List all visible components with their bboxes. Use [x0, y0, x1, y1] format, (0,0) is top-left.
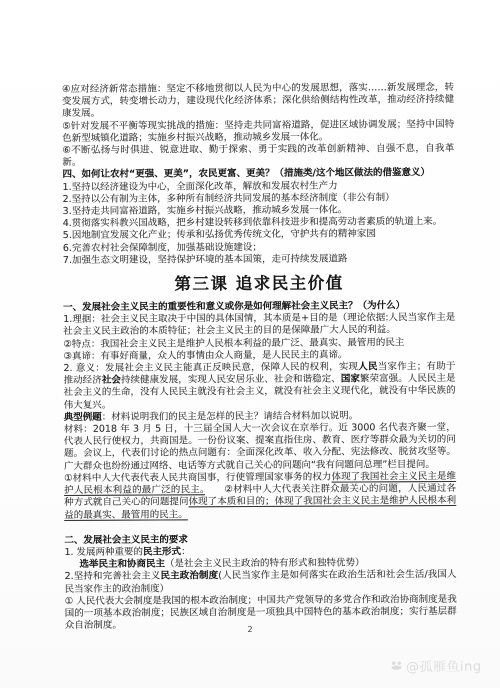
text-segment: 国家 [341, 374, 360, 385]
document-page: ④应对经济新常态措施：坚定不移地贯彻以人民为中心的发展思想，落实……新发展理念，… [0, 0, 500, 688]
text-segment: ①材料中人大代表代表人民共商国事，行使管理国家事务的权力 [64, 471, 331, 483]
numbered-point-6: ⑥不断弘扬与时俱进、锐意进取、勤于探索、勇于实践的改革创新精神、自强不息，自我革… [62, 143, 454, 169]
answer-paragraph: ①材料中人大代表代表人民共商国事，行使管理国家事务的权力体现了我国社会主义民主是… [64, 471, 456, 522]
lesson-title: 第三课 追求民主价值 [63, 273, 455, 295]
text-segment: 社会 [102, 375, 121, 386]
numbered-point-5: ⑤针对发展不平衡等现实挑战的措施：坚持走共同富裕道路，促进区域协调发展；坚持中国… [62, 119, 454, 145]
list-item-7: 7.加强生态文明建设，坚持保护环境的基本国策，走可持续发展道路 [63, 253, 455, 267]
text-segment: 2.坚持以公有制为主体，多种所有制经济共同发展的基本经济制度（非公有制） [63, 192, 395, 205]
text-segment: ⑤针对发展不平衡等现实挑战的措施：坚持走共同富裕道路，促进区域协调发展；坚持中国… [62, 119, 454, 144]
text-segment: 2.坚持和完善社会主义 [65, 571, 161, 583]
text-segment: 选举民主和协商民主 [79, 559, 165, 570]
text-segment: 一、发展社会主义民主的重要性和意义或你是如何理解社会主义民主？（为什么） [63, 300, 405, 313]
text-segment: 民主形式 [143, 546, 181, 557]
text-segment: 持续健康发展，实现人民安居乐业、社会和谐稳定、 [121, 374, 341, 386]
text-segment: 1. 发展两种重要的 [64, 546, 143, 557]
text-segment: 第三课 追求民主价值 [174, 274, 343, 294]
text-segment: ③真谛：有事好商量，众人的事情由众人商量，是人民民主的真谛。 [63, 349, 347, 361]
page-number: 2 [0, 625, 500, 634]
watermark-logo-icon [390, 659, 403, 672]
text-segment: 1.理据：社会主义民主取决于中国的具体国情，其本质是+目的是（理论依据:人民当家… [63, 312, 455, 337]
section-heading-4: 四、如何让农村“更强、更美”，农民更富、更美？（措施类/这个地区做法的借鉴意义） [62, 167, 454, 181]
paragraph-yiyi: 2. 意义：发展社会主义民主能真正反映民意，保障人民的权利，实现人民当家作主；有… [63, 361, 455, 412]
text-segment: 四、如何让农村“更强、更美”，农民更富、更美？（措施类/这个地区做法的借鉴意义） [62, 167, 430, 180]
text-segment: 4.贯彻落实科教兴国战略，把乡村建设转移到依靠科技进步和提高劳动者素质的轨道上来… [63, 216, 443, 229]
text-segment: 民主政治制度 [160, 571, 218, 582]
text-segment: ： [181, 546, 191, 557]
text-segment: 二、发展社会主义民主的要求 [64, 534, 188, 546]
text-segment: ：材料说明我们的民主是怎样的民主？请结合材料加以说明。 [102, 410, 359, 422]
text-segment: ⑥不断弘扬与时俱进、锐意进取、勤于探索、勇于实践的改革创新精神、自强不息，自我革… [62, 143, 454, 168]
text-segment: 6.完善农村社会保障制度，加强基础设施建设； [63, 242, 262, 254]
text-segment: ②特点：我国社会主义民主是维护人民根本利益的最广泛、最真实、最管用的民主 [63, 337, 404, 350]
text-segment: 2. 意义：发展社会主义民主能真正反映民意，保障人民的权利，实现 [63, 362, 358, 375]
paragraph-liju: 1.理据：社会主义民主取决于中国的具体国情，其本质是+目的是（理论依据:人民当家… [63, 312, 455, 338]
watermark-text: @孤雁鱼ing [406, 656, 482, 676]
material-paragraph: 材料：2018 年 3 月 5 日，十三届全国人大一次会议在京举行。近 3000… [64, 422, 456, 473]
text-segment: 典型例题 [64, 412, 102, 423]
text-segment: 人民 [358, 361, 378, 372]
requirement-item-2: 2.坚持和完善社会主义民主政治制度(人民当家作主是如何落实在政治生活和社会生活/… [65, 569, 457, 595]
text-segment: 5.因地制宜发展文化产业；传承和弘扬优秀传统文化，守护共有的精神家园 [63, 229, 376, 242]
text-segment: （是社会主义民主政治的特有形式和独特优势） [165, 558, 365, 570]
document-body: ④应对经济新常态措施：坚定不移地贯彻以人民为中心的发展思想，落实……新发展理念，… [62, 82, 457, 632]
text-segment: 材料：2018 年 3 月 5 日，十三届全国人大一次会议在京举行。近 3000… [64, 422, 456, 472]
text-segment: ④应对经济新常态措施：坚定不移地贯彻以人民为中心的发展思想，落实……新发展理念，… [62, 82, 454, 119]
text-segment: 3.坚持走共同富裕道路，实施乡村振兴战略，推动城乡发展一体化。 [63, 205, 348, 217]
numbered-point-4: ④应对经济新常态措施：坚定不移地贯彻以人民为中心的发展思想，落实……新发展理念，… [62, 82, 454, 121]
paragraph-tedian: ②特点：我国社会主义民主是维护人民根本利益的最广泛、最真实、最管用的民主 [63, 337, 455, 351]
text-segment: 1.坚持以经济建设为中心，全面深化改革，解放和发展农村生产力 [63, 180, 338, 192]
text-segment: 7.加强生态文明建设，坚持保护环境的基本国策，走可持续发展道路 [63, 253, 348, 265]
watermark: @孤雁鱼ing [390, 656, 482, 676]
